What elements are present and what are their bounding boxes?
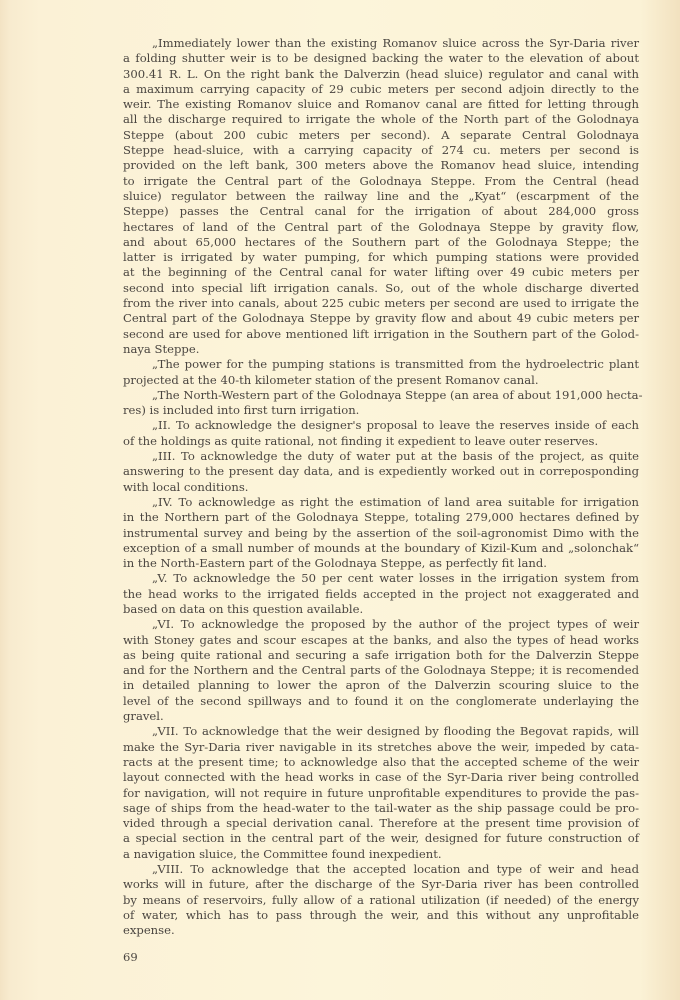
text-line: projected at the 40-th kilometer station… xyxy=(123,373,639,388)
text-line: res) is included into first turn irrigat… xyxy=(123,403,639,418)
text-line: Steppe) passes the Central canal for the… xyxy=(123,204,639,219)
paragraph-power: „The power for the pumping stations is t… xyxy=(123,357,639,388)
text-line: in the North-Eastern part of the Golodna… xyxy=(123,556,639,571)
text-line: a special section in the central part of… xyxy=(123,831,639,846)
text-line: at the beginning of the Central canal fo… xyxy=(123,265,639,280)
text-line: all the discharge required to irrigate t… xyxy=(123,112,639,127)
text-line: of water, which has to pass through the … xyxy=(123,908,639,923)
text-line: in detailed planning to lower the apron … xyxy=(123,678,639,693)
text-line: by means of reservoirs, fully allow of a… xyxy=(123,893,639,908)
text-line: Steppe head-sluice, with a carrying capa… xyxy=(123,143,639,158)
text-line: to irrigate the Central part of the Golo… xyxy=(123,174,639,189)
text-line: make the Syr-Daria river navigable in it… xyxy=(123,740,639,755)
text-line: expense. xyxy=(123,923,639,938)
text-line: „IV. To acknowledge as right the estimat… xyxy=(123,495,639,510)
text-line: second are used for above mentioned lift… xyxy=(123,327,639,342)
text-line: sage of ships from the head-water to the… xyxy=(123,801,639,816)
text-line: provided on the left bank, 300 meters ab… xyxy=(123,158,639,173)
paragraph-item-II: „II. To acknowledge the designer's propo… xyxy=(123,418,639,449)
scanned-page: „Immediately lower than the existing Rom… xyxy=(0,0,680,1000)
text-line: instrumental survey and being by the ass… xyxy=(123,526,639,541)
text-line: „The North-Western part of the Golodnaya… xyxy=(123,388,639,403)
text-line: „The power for the pumping stations is t… xyxy=(123,357,639,372)
paragraph-item-V: „V. To acknowledge the 50 per cent water… xyxy=(123,571,639,617)
text-line: 300.41 R. L. On the right bank the Dalve… xyxy=(123,67,639,82)
text-line: the head works to the irrigated fields a… xyxy=(123,587,639,602)
text-line: „Immediately lower than the existing Rom… xyxy=(123,36,639,51)
text-line: with local conditions. xyxy=(123,480,639,495)
text-line: for navigation, will not require in futu… xyxy=(123,786,639,801)
paragraph-item-VII: „VII. To acknowledge that the weir desig… xyxy=(123,724,639,862)
text-line: Central part of the Golodnaya Steppe by … xyxy=(123,311,639,326)
text-line: second into special lift irrigation cana… xyxy=(123,281,639,296)
text-line: based on data on this question available… xyxy=(123,602,639,617)
text-line: works will in future, after the discharg… xyxy=(123,877,639,892)
paragraph-item-VI: „VI. To acknowledge the proposed by the … xyxy=(123,617,639,724)
text-line: layout connected with the head works in … xyxy=(123,770,639,785)
text-line: „II. To acknowledge the designer's propo… xyxy=(123,418,639,433)
paragraph-intro: „Immediately lower than the existing Rom… xyxy=(123,36,639,357)
text-line: gravel. xyxy=(123,709,639,724)
text-line: and about 65,000 hectares of the Souther… xyxy=(123,235,639,250)
paragraph-item-III: „III. To acknowledge the duty of water p… xyxy=(123,449,639,495)
text-line: level of the second spillways and to fou… xyxy=(123,694,639,709)
text-line: Steppe (about 200 cubic meters per secon… xyxy=(123,128,639,143)
text-line: sluice) regulator between the railway li… xyxy=(123,189,639,204)
text-line: answering to the present day data, and i… xyxy=(123,464,639,479)
body-text: „Immediately lower than the existing Rom… xyxy=(123,36,639,939)
text-line: a maximum carrying capacity of 29 cubic … xyxy=(123,82,639,97)
text-line: exception of a small number of mounds at… xyxy=(123,541,639,556)
text-line: with Stoney gates and scour escapes at t… xyxy=(123,633,639,648)
text-line: as being quite rational and securing a s… xyxy=(123,648,639,663)
text-line: a navigation sluice, the Committee found… xyxy=(123,847,639,862)
text-line: naya Steppe. xyxy=(123,342,639,357)
paragraph-item-VIII: „VIII. To acknowledge that the accepted … xyxy=(123,862,639,938)
text-line: „VIII. To acknowledge that the accepted … xyxy=(123,862,639,877)
text-line: vided through a special derivation canal… xyxy=(123,816,639,831)
text-line: from the river into canals, about 225 cu… xyxy=(123,296,639,311)
text-line: „VI. To acknowledge the proposed by the … xyxy=(123,617,639,632)
paragraph-north-western: „The North-Western part of the Golodnaya… xyxy=(123,388,639,419)
text-line: a folding shutter weir is to be designed… xyxy=(123,51,639,66)
text-line: of the holdings as quite rational, not f… xyxy=(123,434,639,449)
text-line: „VII. To acknowledge that the weir desig… xyxy=(123,724,639,739)
text-line: and for the Northern and the Central par… xyxy=(123,663,639,678)
text-line: weir. The existing Romanov sluice and Ro… xyxy=(123,97,639,112)
paragraph-item-IV: „IV. To acknowledge as right the estimat… xyxy=(123,495,639,571)
text-line: latter is irrigated by water pumping, fo… xyxy=(123,250,639,265)
text-line: „V. To acknowledge the 50 per cent water… xyxy=(123,571,639,586)
text-line: racts at the present time; to acknowledg… xyxy=(123,755,639,770)
text-line: hectares of land of the Central part of … xyxy=(123,220,639,235)
text-line: „III. To acknowledge the duty of water p… xyxy=(123,449,639,464)
page-number: 69 xyxy=(123,950,138,964)
text-line: in the Northern part of the Golodnaya St… xyxy=(123,510,639,525)
